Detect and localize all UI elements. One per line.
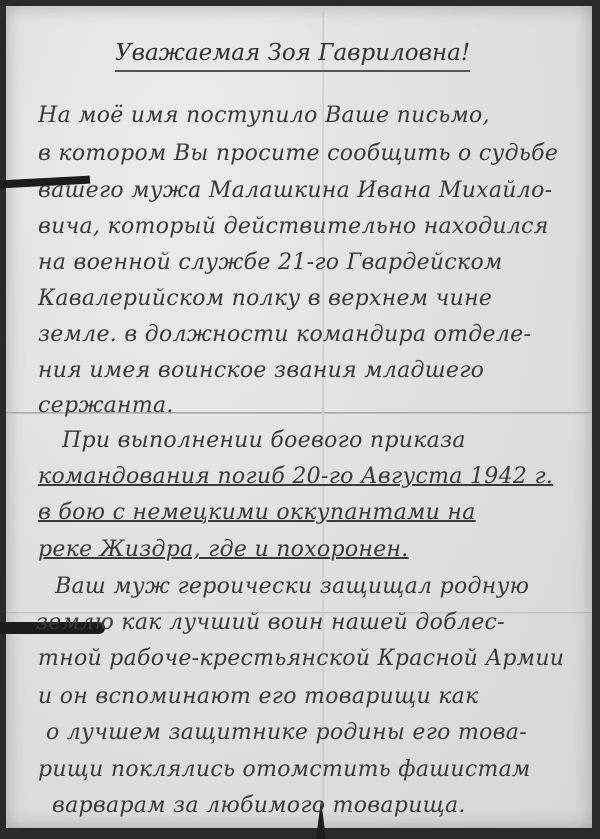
letter-line: Кавалерийском полку в верхнем чине xyxy=(38,286,492,311)
letter-line: При выполнении боевого приказа xyxy=(62,428,466,453)
letter-line: тной рабоче-крестьянской Красной Армии xyxy=(38,646,564,671)
letter-line: ния имея воинское звания младшего xyxy=(38,358,484,383)
letter-line: землю как лучший воин нашей доблес- xyxy=(36,610,505,635)
letter-line: в бою с немецкими оккупантами на xyxy=(38,500,476,525)
letter-line: сержанта. xyxy=(38,393,174,418)
letter-line: командования погиб 20-го Августа 1942 г. xyxy=(38,464,553,489)
letter-salutation: Уважаемая Зоя Гавриловна! xyxy=(115,40,470,72)
letter-line: варварам за любимого товарища. xyxy=(52,793,466,818)
letter-line: рищи поклялись отомстить фашистам xyxy=(38,757,531,782)
letter-line: На моё имя поступило Ваше письмо, xyxy=(38,103,490,128)
letter-line: реке Жиздра, где и похоронен. xyxy=(38,537,409,562)
letter-line: вашего мужа Малашкина Ивана Михайло- xyxy=(38,178,552,203)
letter-line: на военной службе 21-го Гвардейском xyxy=(38,250,503,275)
letter-line: вича, который действительно находился xyxy=(38,214,549,239)
letter-line: в котором Вы просите сообщить о судьбе xyxy=(38,141,558,166)
letter-line: о лучшем защитнике родины его това- xyxy=(46,720,527,745)
letter-line: земле. в должности командира отделе- xyxy=(38,322,531,347)
letter-line: Ваш муж героически защищал родную xyxy=(55,574,529,599)
letter-line: и он вспоминают его товарищи как xyxy=(38,684,479,709)
